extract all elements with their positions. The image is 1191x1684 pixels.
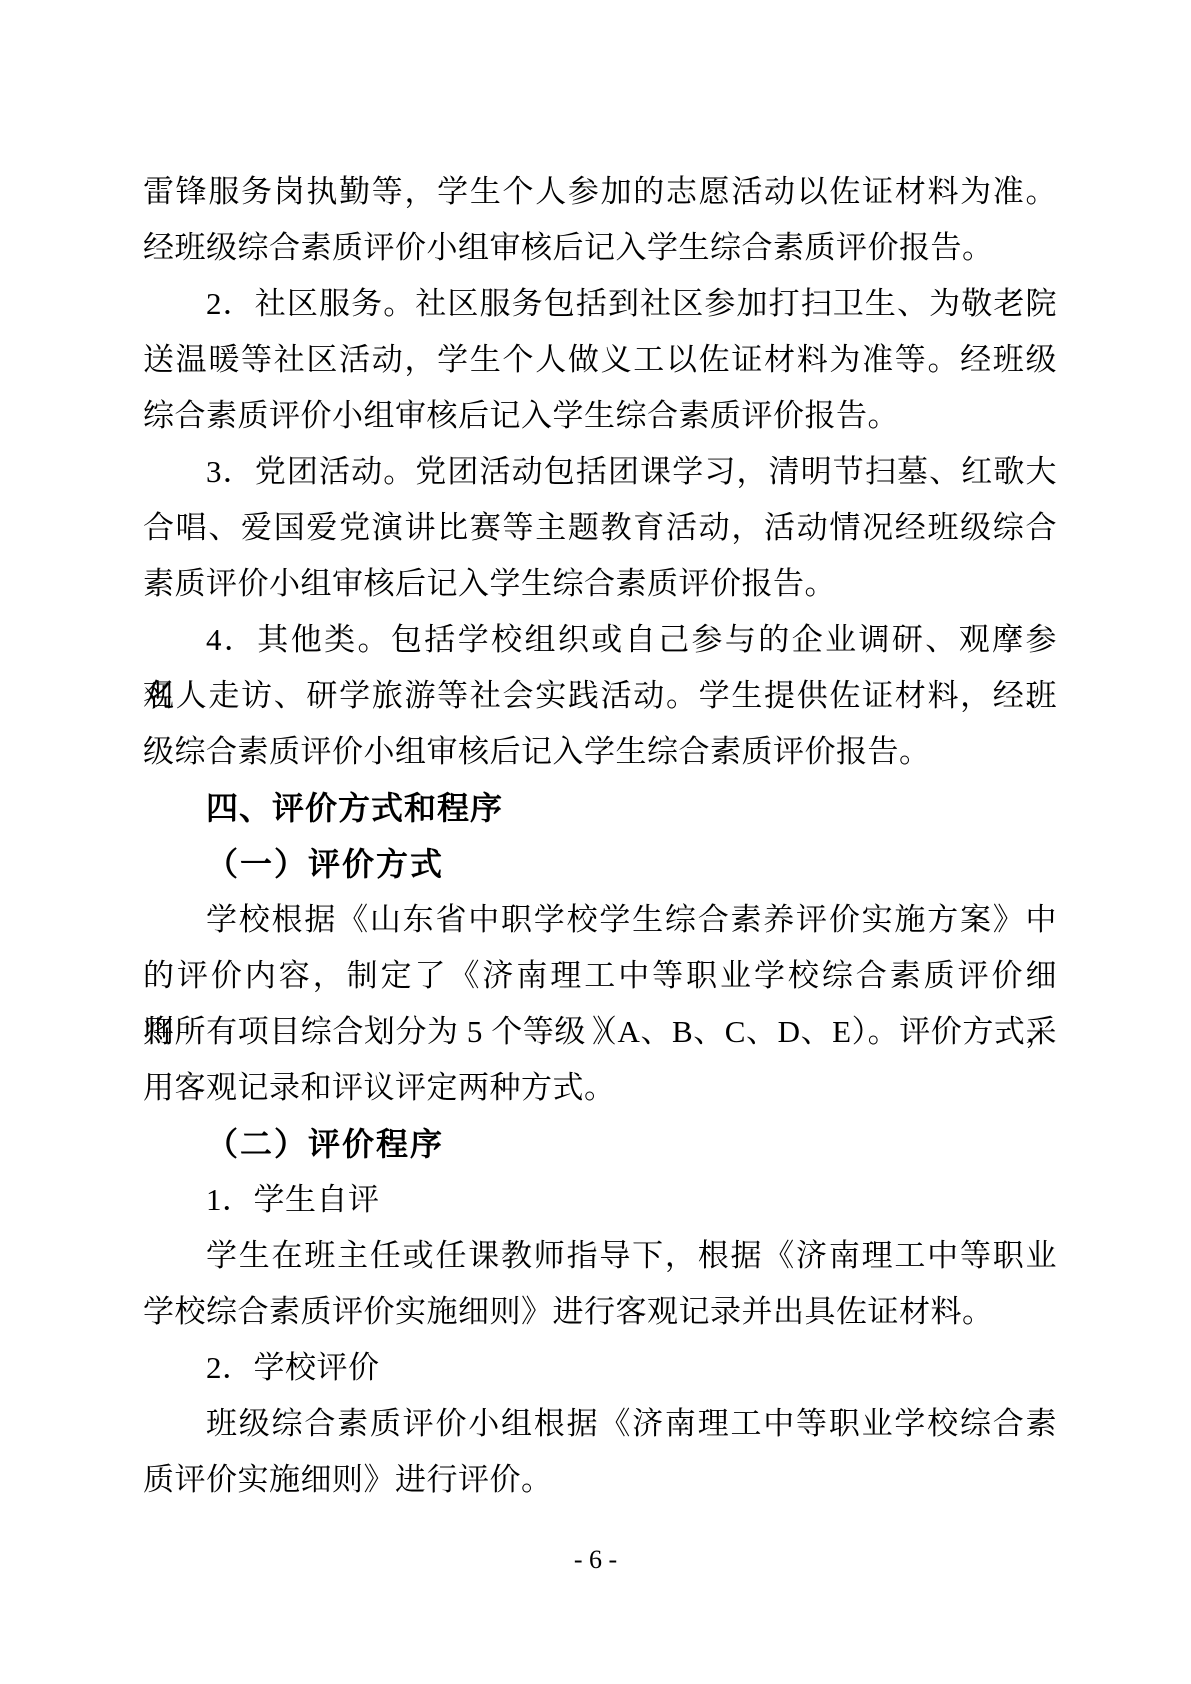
list-item-school-evaluation: 2．学校评价 [143, 1340, 1057, 1396]
paragraph-line-08: 素质评价小组审核后记入学生综合素质评价报告。 [143, 556, 1057, 612]
subsection-heading-evaluation-method: （一）评价方式 [143, 836, 1057, 892]
document-page: 雷锋服务岗执勤等，学生个人参加的志愿活动以佐证材料为准。 经班级综合素质评价小组… [0, 0, 1191, 1684]
paragraph-line-01: 雷锋服务岗执勤等，学生个人参加的志愿活动以佐证材料为准。 [143, 164, 1057, 220]
subsection-heading-evaluation-procedure: （二）评价程序 [143, 1116, 1057, 1172]
paragraph-line-11: 级综合素质评价小组审核后记入学生综合素质评价报告。 [143, 724, 1057, 780]
list-item-student-self-evaluation: 1．学生自评 [143, 1172, 1057, 1228]
paragraph-line-15: 的评价内容，制定了《济南理工中等职业学校综合素质评价细则》， [143, 948, 1057, 1004]
document-body: 雷锋服务岗执勤等，学生个人参加的志愿活动以佐证材料为准。 经班级综合素质评价小组… [143, 164, 1057, 1508]
paragraph-line-10: 名人走访、研学旅游等社会实践活动。学生提供佐证材料，经班 [143, 668, 1057, 724]
paragraph-line-21: 学校综合素质评价实施细则》进行客观记录并出具佐证材料。 [143, 1284, 1057, 1340]
paragraph-line-06: 3．党团活动。党团活动包括团课学习，清明节扫墓、红歌大 [143, 444, 1057, 500]
paragraph-line-04: 送温暖等社区活动，学生个人做义工以佐证材料为准等。经班级 [143, 332, 1057, 388]
paragraph-line-14: 学校根据《山东省中职学校学生综合素养评价实施方案》中 [143, 892, 1057, 948]
paragraph-line-17: 用客观记录和评议评定两种方式。 [143, 1060, 1057, 1116]
paragraph-line-02: 经班级综合素质评价小组审核后记入学生综合素质评价报告。 [143, 220, 1057, 276]
paragraph-line-20: 学生在班主任或任课教师指导下，根据《济南理工中等职业 [143, 1228, 1057, 1284]
paragraph-line-07: 合唱、爱国爱党演讲比赛等主题教育活动，活动情况经班级综合 [143, 500, 1057, 556]
paragraph-line-09: 4．其他类。包括学校组织或自己参与的企业调研、观摩参观、 [143, 612, 1057, 668]
paragraph-line-05: 综合素质评价小组审核后记入学生综合素质评价报告。 [143, 388, 1057, 444]
paragraph-line-03: 2．社区服务。社区服务包括到社区参加打扫卫生、为敬老院 [143, 276, 1057, 332]
paragraph-line-16: 将所有项目综合划分为 5 个等级（A、B、C、D、E）。评价方式采 [143, 1004, 1057, 1060]
page-number: - 6 - [0, 1540, 1191, 1580]
paragraph-line-23: 班级综合素质评价小组根据《济南理工中等职业学校综合素 [143, 1396, 1057, 1452]
section-heading-evaluation-method-and-procedure: 四、评价方式和程序 [143, 780, 1057, 836]
paragraph-line-24: 质评价实施细则》进行评价。 [143, 1452, 1057, 1508]
